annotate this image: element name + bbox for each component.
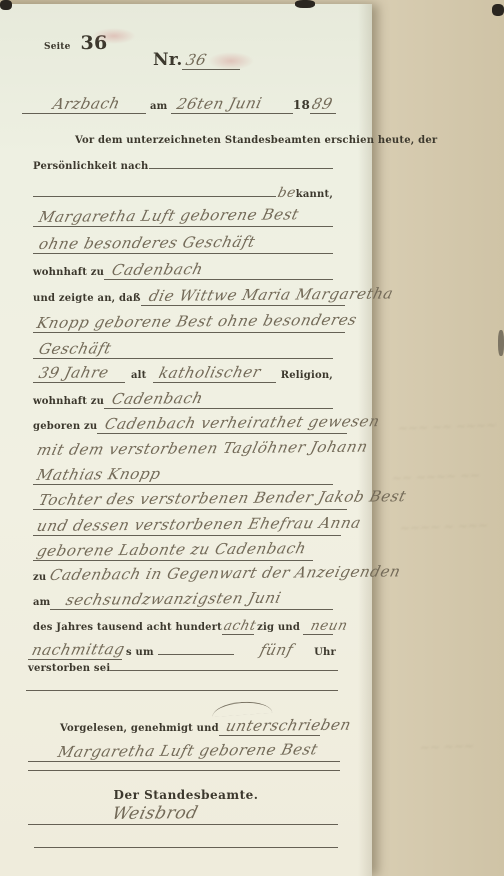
year-printed: 18 <box>293 98 310 112</box>
deceased-line1: die Wittwe Maria Margaretha <box>147 284 395 305</box>
deceased-residence-line: wohnhaft zu Cadenbach <box>33 389 333 409</box>
deceased-line3-row: Geschäft <box>33 339 333 359</box>
register-page: Seite 36 Nr. 36 Arzbach am 26ten Juni 18… <box>0 4 372 876</box>
blank-rule <box>26 690 338 691</box>
blank-line <box>158 654 234 655</box>
parents-line2-row: und dessen verstorbenen Ehefrau Anna <box>33 516 341 536</box>
deceased-line3: Geschäft <box>37 339 113 358</box>
faded-stamp-mark <box>208 52 254 70</box>
nr-value: 36 <box>184 51 209 69</box>
deceased-line2: Knopp geborene Best ohne besonderes <box>35 311 359 332</box>
spouse-line1: mit dem verstorbenen Taglöhner Johann <box>35 438 370 459</box>
born-line: geboren zu Cadenbach verheirathet gewese… <box>33 414 347 434</box>
death-year-line: des Jahres tausend acht hundert acht zig… <box>33 615 333 635</box>
parents-line1: Tochter des verstorbenen Bender Jakob Be… <box>37 487 408 509</box>
bleed-through-ink: ~~ ~~~ <box>419 739 476 755</box>
spouse-line2: Mathias Knopp <box>35 465 163 484</box>
deceased-line2-row: Knopp geborene Best ohne besonderes <box>33 313 345 333</box>
parents-line1-row: Tochter des verstorbenen Bender Jakob Be… <box>33 490 347 510</box>
deceased-residence: Cadenbach <box>110 389 205 408</box>
faded-stamp-mark <box>92 28 136 44</box>
declarant-name: Margaretha Luft geborene Best <box>37 205 301 226</box>
spouse-line2-row: Mathias Knopp <box>33 465 333 485</box>
intro-text: Vor dem unterzeichneten Standesbeamten e… <box>75 135 437 146</box>
year-written: 89 <box>310 95 335 113</box>
age-religion-line: 39 Jahre alt katholischer Religion, <box>33 363 333 383</box>
parents-line2: und dessen verstorbenen Ehefrau Anna <box>35 514 363 535</box>
zig-label: zig und <box>254 622 303 633</box>
declarant-residence-line: wohnhaft zu Cadenbach <box>33 260 333 280</box>
death-time-line: nachmittag s um fünf Uhr <box>28 640 336 660</box>
zu-label: zu <box>33 572 46 583</box>
religion-value: katholischer <box>157 363 263 382</box>
bekannt-line: be kannt, <box>33 185 333 201</box>
parents-line3-row: geborene Labonte zu Cadenbach <box>33 541 313 561</box>
pen-flourish <box>212 700 273 717</box>
verstorben-line: verstorben sei <box>28 663 338 674</box>
be-written: be <box>276 185 298 201</box>
scan-speck <box>295 0 315 8</box>
dateline-day-month: 26ten Juni <box>175 94 264 113</box>
official-title: Der Standesbeamte. <box>114 788 259 802</box>
blank-line <box>33 196 276 197</box>
blank-line <box>34 847 338 848</box>
blank-line <box>149 168 333 169</box>
official-signature: Weisbrod <box>110 803 200 824</box>
wohnhaft-label: wohnhaft zu <box>33 267 104 278</box>
uhr-label: Uhr <box>314 647 336 658</box>
scanned-register-photo: { "meta": { "document_type": "German civ… <box>0 0 504 876</box>
intro-line: Vor dem unterzeichneten Standesbeamten e… <box>75 135 437 146</box>
dateline: Arzbach am 26ten Juni 18 89 <box>22 94 336 114</box>
blank-line <box>28 770 340 771</box>
declarant-residence: Cadenbach <box>110 260 205 279</box>
decade-written: acht <box>222 618 258 634</box>
persoenlichkeit-line: Persönlichkeit nach <box>33 161 333 172</box>
scan-speck <box>498 330 504 356</box>
am2-label: am <box>33 597 50 608</box>
am-label: am <box>146 101 171 112</box>
blank-rule <box>28 770 340 771</box>
zeigte-label: und zeigte an, daß <box>33 293 141 304</box>
death-day-value: sechsundzwanzigsten Juni <box>64 589 283 609</box>
scan-speck <box>0 0 12 10</box>
bleed-through-ink: ~~~ ~~ ~~~~ <box>397 418 498 436</box>
scan-speck <box>492 4 504 16</box>
vorgelesen-label: Vorgelesen, genehmigt und <box>60 723 219 734</box>
zeigte-line: und zeigte an, daß die Wittwe Maria Marg… <box>33 286 345 306</box>
declarant-occupation: ohne besonderes Geschäft <box>37 233 257 253</box>
declarant-name-line: Margaretha Luft geborene Best <box>33 207 333 227</box>
hour-written: fünf <box>258 641 295 659</box>
bleed-through-ink: ~~~~ ~ ~~~ <box>399 518 490 535</box>
declarant-signature-row: Margaretha Luft geborene Best <box>28 742 340 762</box>
vorgelesen-line: Vorgelesen, genehmigt und unterschrieben <box>60 716 320 736</box>
religion-label: Religion, <box>276 370 333 381</box>
born-value: Cadenbach verheirathet gewesen <box>103 412 382 433</box>
seite-label: Seite <box>44 42 71 52</box>
nr-label: Nr. <box>153 50 182 70</box>
parents-line3: geborene Labonte zu Cadenbach <box>35 539 308 560</box>
verstorben-label: verstorben sei <box>28 663 110 674</box>
declarant-signature: Margaretha Luft geborene Best <box>56 740 320 761</box>
unterschrieben-written: unterschrieben <box>224 716 353 735</box>
age-value: 39 Jahre <box>37 363 111 382</box>
death-day-line: am sechsundzwanzigsten Juni <box>33 590 333 610</box>
blank-line <box>110 670 338 671</box>
declarant-occupation-line: ohne besonderes Geschäft <box>33 234 333 254</box>
geboren-label: geboren zu <box>33 421 97 432</box>
official-signature-row: Weisbrod <box>28 804 338 825</box>
bleed-through-ink: ~~ ~~~~ ~~ <box>391 468 482 485</box>
blank-line <box>26 690 338 691</box>
wohnhaft2-label: wohnhaft zu <box>33 396 104 407</box>
daytime-written: nachmittag <box>30 640 127 659</box>
s-um-label: s um <box>122 647 158 658</box>
death-place-value: Cadenbach in Gegenwart der Anzeigenden <box>48 562 403 584</box>
kannt-label: kannt, <box>296 189 333 200</box>
death-place-line: zu Cadenbach in Gegenwart der Anzeigende… <box>33 565 347 584</box>
jahres-label: des Jahres tausend acht hundert <box>33 622 222 633</box>
dateline-place: Arzbach <box>51 94 122 113</box>
official-title-row: Der Standesbeamte. <box>0 788 372 802</box>
spouse-line1-row: mit dem verstorbenen Taglöhner Johann <box>33 440 347 459</box>
blank-rule <box>34 847 338 848</box>
unit-written: neun <box>309 618 349 634</box>
persoenlichkeit-label: Persönlichkeit nach <box>33 161 149 172</box>
alt-label: alt <box>125 370 153 381</box>
